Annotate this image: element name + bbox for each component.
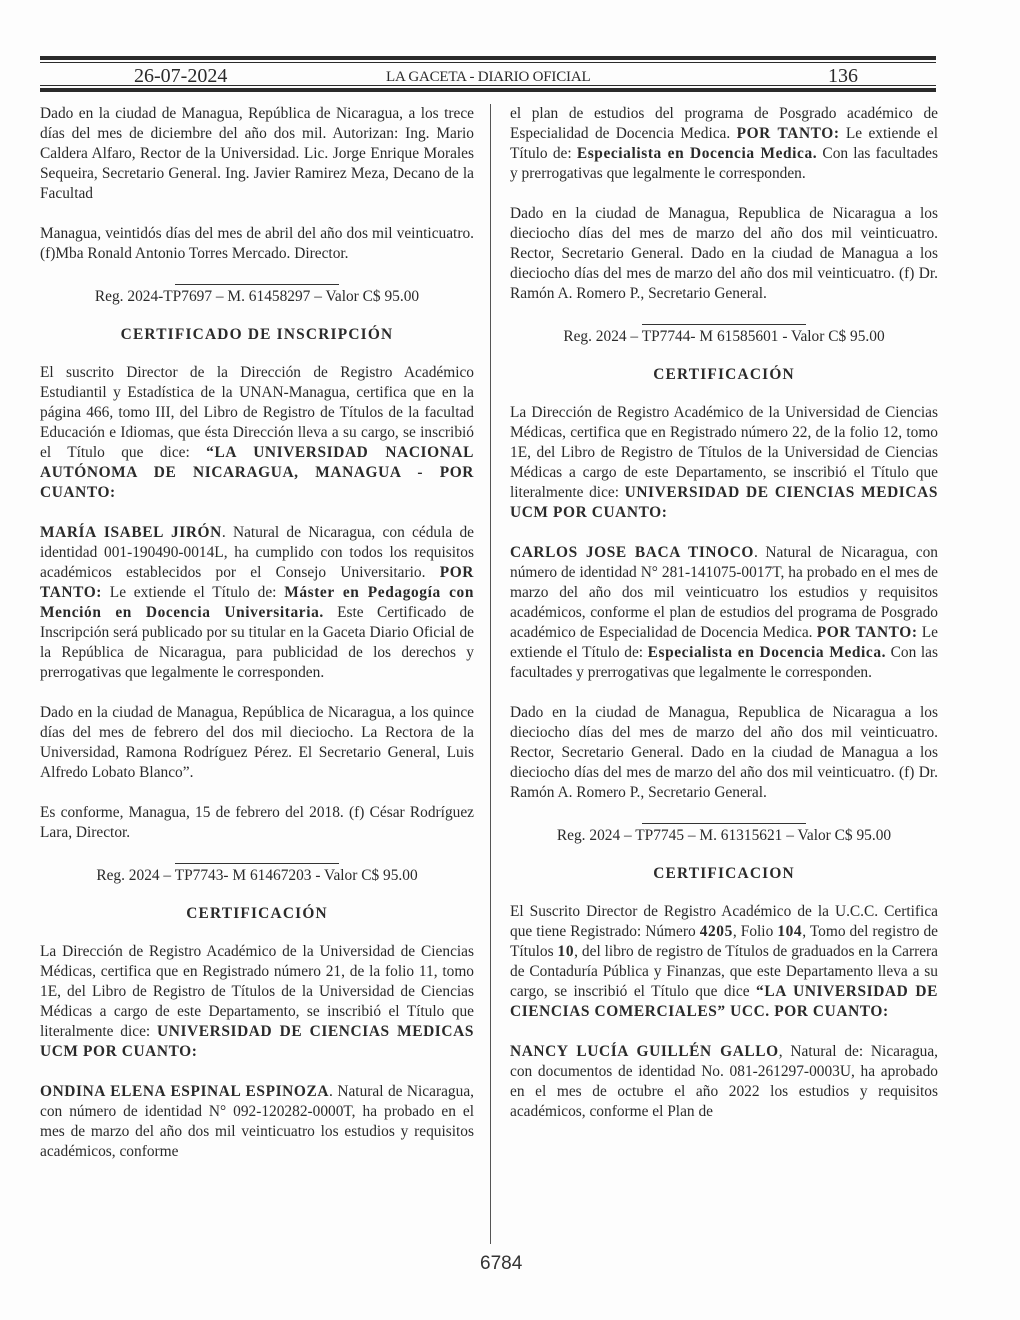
registry-folio: 104 [777,923,802,940]
section-title: CERTIFICACION [510,864,938,884]
paragraph: NANCY LUCÍA GUILLÉN GALLO, Natural de: N… [510,1042,938,1122]
paragraph: Dado en la ciudad de Managua, República … [40,104,474,204]
degree-title: Especialista en Docencia Medica. [648,644,886,661]
graduate-name: NANCY LUCÍA GUILLÉN GALLO [510,1043,779,1060]
graduate-name: ONDINA ELENA ESPINAL ESPINOZA [40,1083,329,1100]
folio-number: 6784 [480,1253,522,1275]
page-number: 136 [828,65,858,88]
paragraph: MARÍA ISABEL JIRÓN. Natural de Nicaragua… [40,523,474,683]
column-divider [490,104,491,1244]
paragraph: Dado en la ciudad de Managua, República … [40,703,474,783]
paragraph-text: , Folio [733,923,777,940]
por-tanto-label: POR TANTO: [737,125,840,142]
separator-line [175,284,339,285]
header-rule-bottom [40,88,936,92]
registration-line: Reg. 2024 – TP7743- M 61467203 - Valor C… [40,866,474,886]
left-column: Dado en la ciudad de Managua, República … [40,104,474,1182]
paragraph: CARLOS JOSE BACA TINOCO. Natural de Nica… [510,543,938,683]
section-title: CERTIFICACIÓN [40,904,474,924]
graduate-name: CARLOS JOSE BACA TINOCO [510,544,754,561]
paragraph: La Dirección de Registro Académico de la… [510,403,938,523]
paragraph: ONDINA ELENA ESPINAL ESPINOZA. Natural d… [40,1082,474,1162]
separator-line [175,863,339,864]
separator-line [642,324,806,325]
registration-line: Reg. 2024 – TP7744- M 61585601 - Valor C… [510,327,938,347]
paragraph: El suscrito Director de la Dirección de … [40,363,474,503]
header-row: 26-07-2024 LA GACETA - DIARIO OFICIAL 13… [40,63,936,85]
paragraph: Managua, veintidós días del mes de abril… [40,224,474,264]
header-rule-top [40,56,936,60]
publication-title: LA GACETA - DIARIO OFICIAL [386,69,590,86]
registration-line: Reg. 2024 – TP7745 – M. 61315621 – Valor… [510,826,938,846]
registry-number: 4205 [700,923,733,940]
section-title: CERTIFICADO DE INSCRIPCIÓN [40,325,474,345]
graduate-name: MARÍA ISABEL JIRÓN [40,524,222,541]
paragraph: Es conforme, Managua, 15 de febrero del … [40,803,474,843]
registration-line: Reg. 2024-TP7697 – M. 61458297 – Valor C… [40,287,474,307]
paragraph-text: Le extiende el Título de: [102,584,284,601]
separator-line [642,823,806,824]
right-column: el plan de estudios del programa de Posg… [510,104,938,1142]
registry-tomo: 10 [558,943,575,960]
por-tanto-label: POR TANTO: [817,624,918,641]
header-date: 26-07-2024 [134,65,227,88]
section-title: CERTIFICACIÓN [510,365,938,385]
paragraph: el plan de estudios del programa de Posg… [510,104,938,184]
paragraph: Dado en la ciudad de Managua, Republica … [510,703,938,803]
degree-title: Especialista en Docencia Medica. [577,145,817,162]
paragraph: La Dirección de Registro Académico de la… [40,942,474,1062]
paragraph: El Suscrito Director de Registro Académi… [510,902,938,1022]
paragraph: Dado en la ciudad de Managua, Republica … [510,204,938,304]
page-header: 26-07-2024 LA GACETA - DIARIO OFICIAL 13… [40,56,936,92]
